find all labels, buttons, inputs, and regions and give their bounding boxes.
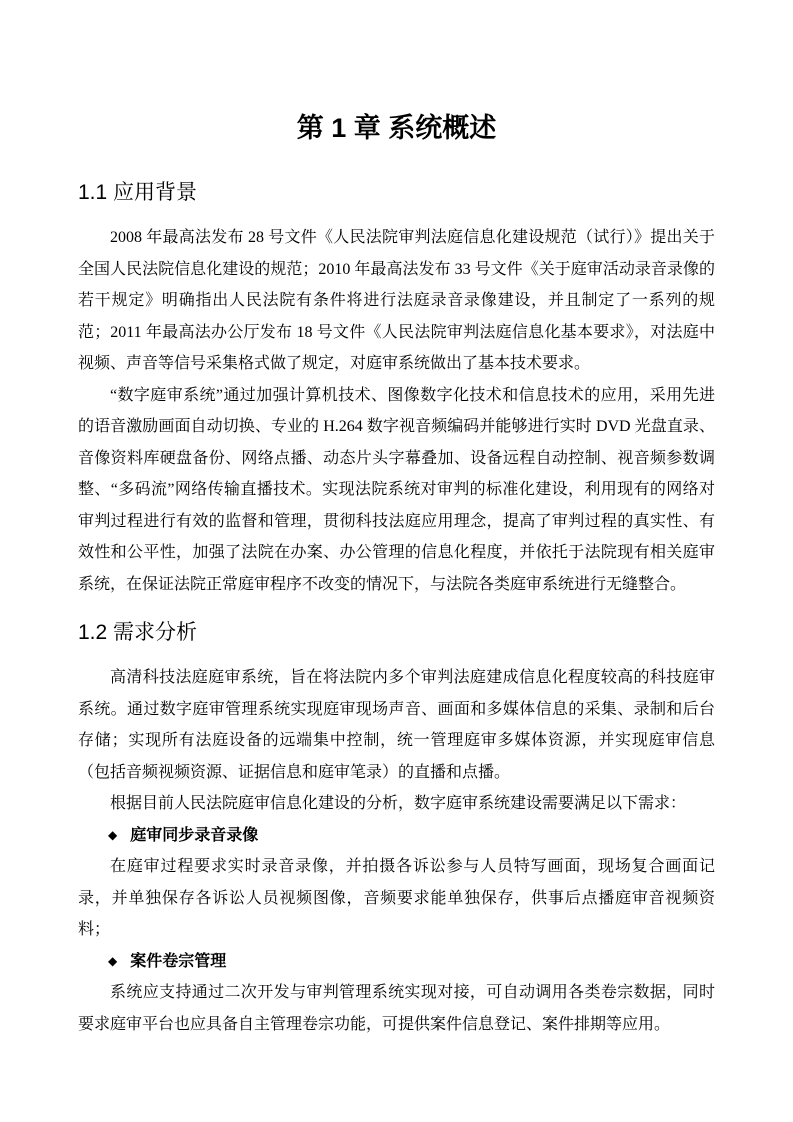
paragraph-case-file-management-detail: 系统应支持通过二次开发与审判管理系统实现对接，可自动调用各类卷宗数据，同时要求庭… (78, 977, 715, 1040)
bullet-label-sync-recording: 庭审同步录音录像 (130, 827, 258, 844)
paragraph-application-background-1: 2008 年最高法发布 28 号文件《人民法院审判法庭信息化建设规范（试行）》提… (78, 222, 715, 380)
section-heading-1-1: 1.1 应用背景 (78, 176, 715, 210)
bullet-item-sync-recording: ◆庭审同步录音录像 (78, 820, 715, 852)
chapter-title: 第 1 章 系统概述 (78, 108, 715, 148)
bullet-item-case-file-management: ◆案件卷宗管理 (78, 946, 715, 978)
paragraph-requirements-2: 根据目前人民法院庭审信息化建设的分析，数字庭审系统建设需要满足以下需求： (78, 788, 715, 820)
diamond-bullet-icon: ◆ (108, 828, 117, 842)
paragraph-sync-recording-detail: 在庭审过程要求实时录音录像，并拍摄各诉讼参与人员特写画面，现场复合画面记录，并单… (78, 851, 715, 946)
diamond-bullet-icon: ◆ (108, 954, 117, 968)
section-heading-1-2: 1.2 需求分析 (78, 616, 715, 650)
paragraph-requirements-1: 高清科技法庭庭审系统，旨在将法院内多个审判法庭建成信息化程度较高的科技庭审系统。… (78, 662, 715, 788)
bullet-label-case-file-management: 案件卷宗管理 (130, 953, 226, 970)
paragraph-application-background-2: “数字庭审系统”通过加强计算机技术、图像数字化技术和信息技术的应用，采用先进的语… (78, 380, 715, 601)
document-page: 第 1 章 系统概述 1.1 应用背景 2008 年最高法发布 28 号文件《人… (0, 0, 793, 1122)
